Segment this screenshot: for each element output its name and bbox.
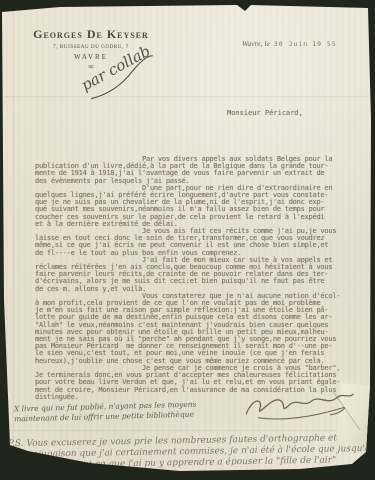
dateline-year: 19 55 <box>312 40 337 48</box>
signature <box>237 384 362 433</box>
postscript: P.S. Vous excuserez je vous prie les nom… <box>8 433 371 472</box>
signature-flourish-icon <box>237 384 361 428</box>
dateline: Wavre, le 30 Juin 19 55 <box>242 33 337 51</box>
vertical-crease <box>13 10 15 440</box>
dateline-prefix: Wavre, le <box>242 39 270 48</box>
scanned-letter: Georges De Keyser 7, RUISSEAU DU GODRU, … <box>0 0 375 480</box>
dateline-date: 30 Juin <box>274 40 308 48</box>
handwritten-footnote: X livre qui ne fut publié, n'ayant pas l… <box>14 400 197 424</box>
letter-body: Par vos divers appels aux soldats Belges… <box>35 156 340 401</box>
salutation: Monsieur Péricard, <box>227 109 303 117</box>
horizontal-crease <box>5 96 369 98</box>
sender-name: Georges De Keyser <box>28 27 154 42</box>
letter-paper: Georges De Keyser 7, RUISSEAU DU GODRU, … <box>0 0 375 480</box>
horizontal-crease <box>5 430 367 432</box>
